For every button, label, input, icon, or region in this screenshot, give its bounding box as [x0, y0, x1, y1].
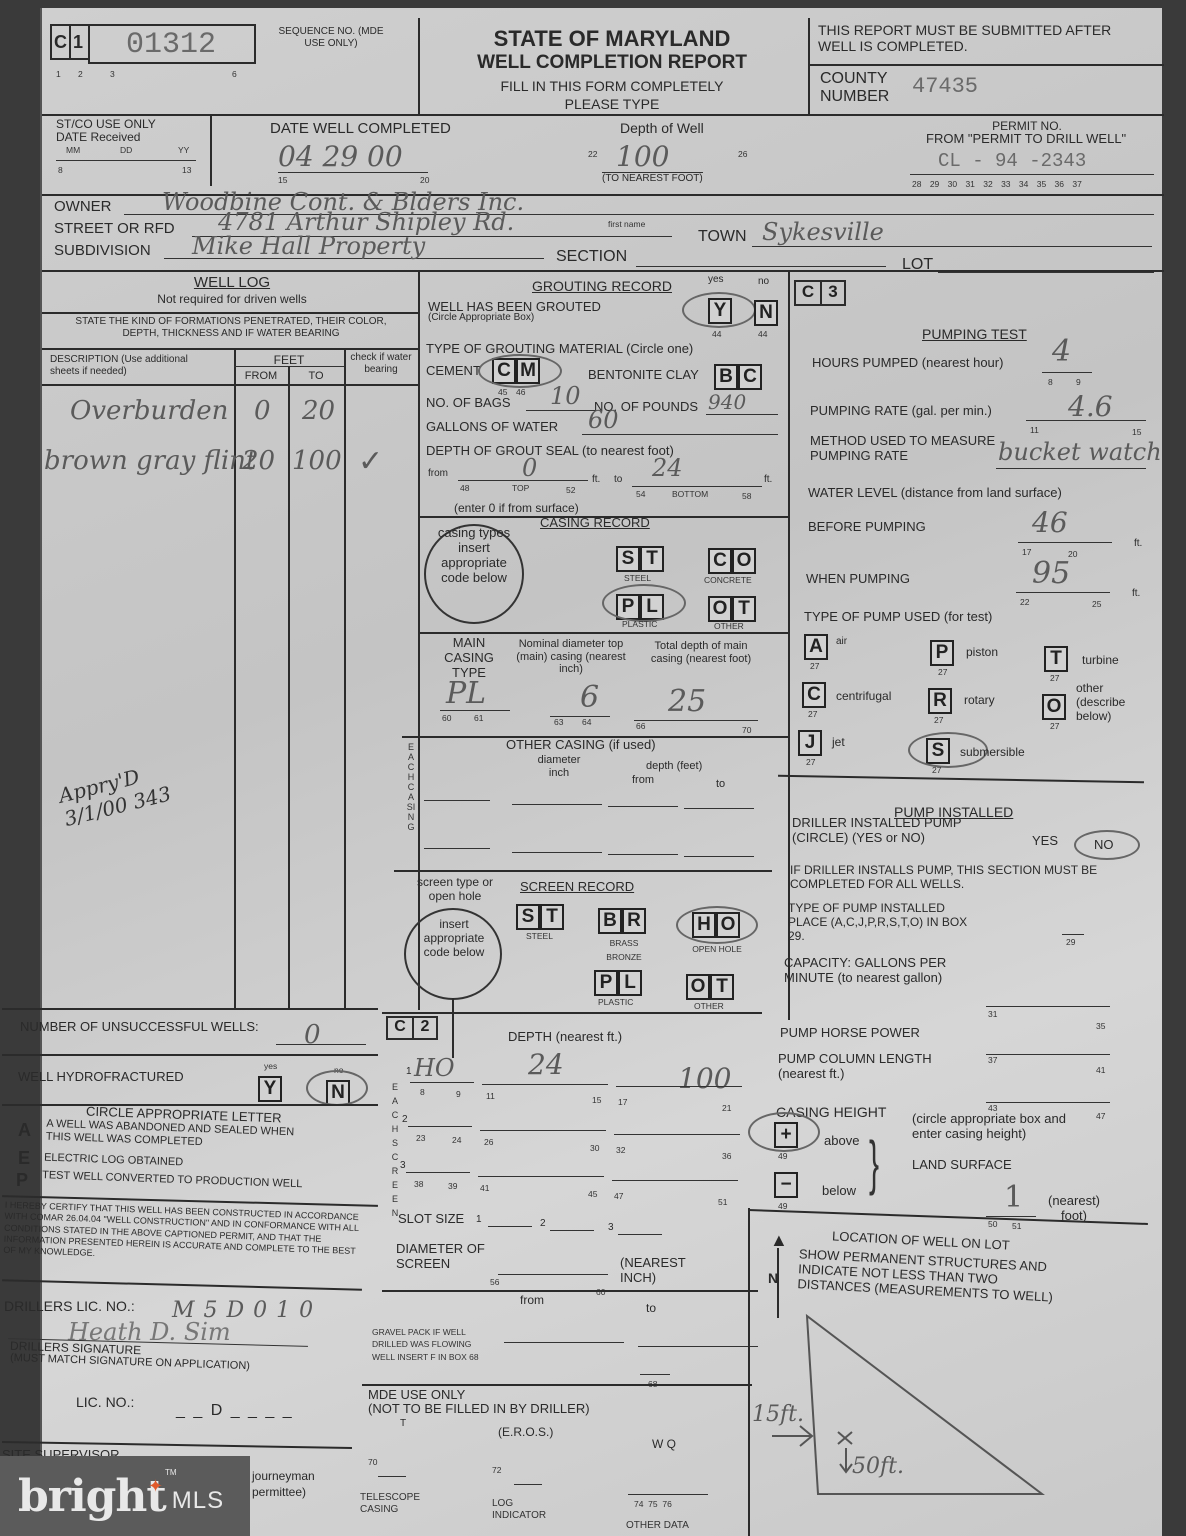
formation-to[interactable]: 100	[292, 446, 342, 476]
wq-label: W Q	[652, 1438, 676, 1452]
north-label: N	[768, 1270, 778, 1286]
permit-cols: 28 29 30 31 32 33 34 35 36 37	[912, 180, 1082, 190]
brass-bronze-label: BRASS BRONZE	[594, 936, 654, 965]
screen-other-label: OTHER	[694, 1002, 724, 1012]
ft-unit: ft.	[764, 474, 772, 486]
mde-t-label: T	[400, 1418, 406, 1430]
screen-code-l[interactable]: L	[618, 970, 642, 996]
col-13: 13	[182, 166, 191, 176]
location-instructions: SHOW PERMANENT STRUCTURES AND INDICATE N…	[797, 1247, 1059, 1305]
col: 39	[448, 1182, 457, 1192]
town-label: TOWN	[698, 228, 747, 246]
hydro-yes-box[interactable]: Y	[258, 1076, 282, 1102]
pump-code-t[interactable]: T	[1044, 646, 1068, 672]
pump-installed-no-circle	[1074, 830, 1140, 860]
subdivision-value[interactable]: Mike Hall Property	[192, 232, 425, 260]
card-code-box: C 1	[50, 24, 90, 60]
col-27: 27	[806, 758, 815, 768]
col-1: 1	[56, 70, 61, 80]
col: 47	[614, 1192, 623, 1202]
pump-type-label: TYPE OF PUMP USED (for test)	[804, 610, 992, 625]
top-label: TOP	[512, 484, 529, 494]
pump-code-c[interactable]: C	[802, 682, 826, 708]
pump-type-installed-label: TYPE OF PUMP INSTALLED PLACE (A,C,J,P,R,…	[788, 902, 978, 943]
col-15: 15	[1132, 428, 1141, 438]
bentonite-code-b[interactable]: B	[714, 364, 738, 390]
gravel-from-label: from	[520, 1294, 544, 1308]
to-column-header: TO	[288, 370, 344, 383]
formation-to[interactable]: 20	[302, 396, 335, 426]
casing-height-note: (circle appropriate box and enter casing…	[912, 1112, 1092, 1142]
col-51: 51	[1012, 1222, 1021, 1232]
casing-code-s[interactable]: S	[616, 546, 640, 572]
col: 9	[456, 1090, 461, 1100]
county-value: 47435	[912, 74, 978, 99]
col-9: 9	[1076, 378, 1081, 388]
logo-suffix: MLS	[172, 1487, 224, 1515]
col: 8	[420, 1088, 425, 1098]
col: 17	[618, 1098, 627, 1108]
pump-installed-yes[interactable]: YES	[1032, 834, 1058, 849]
pounds-value[interactable]: 940	[708, 390, 746, 414]
owner-label: OWNER	[54, 198, 112, 215]
logo-tm: TM	[165, 1468, 177, 1477]
sequence-label: SEQUENCE NO. (MDE USE ONLY)	[276, 26, 386, 49]
other-casing-title: OTHER CASING (if used)	[506, 738, 656, 753]
slot-1: 1	[476, 1214, 482, 1226]
sequence-value: 01312	[126, 28, 216, 62]
col-61: 61	[474, 714, 483, 724]
col-25: 25	[1092, 600, 1101, 610]
other-casing-diameter-label: diameter inch	[526, 754, 592, 779]
col-27: 27	[808, 710, 817, 720]
hours-pumped-value[interactable]: 4	[1052, 334, 1071, 369]
certification-text: I HEREBY CERTIFY THAT THIS WELL HAS BEEN…	[3, 1200, 365, 1269]
first-name-hint: first name	[608, 220, 645, 230]
pump-label-submersible: submersible	[960, 746, 1025, 760]
ft-unit: ft.	[1134, 538, 1142, 550]
distance-2: 50ft.	[852, 1454, 904, 1479]
pump-label-air: air	[836, 636, 847, 648]
screen-code-t[interactable]: T	[710, 974, 734, 1000]
pump-code-a[interactable]: A	[804, 634, 828, 660]
col-27: 27	[934, 716, 943, 726]
drillers-lic-label: DRILLERS LIC. NO.:	[4, 1298, 135, 1314]
card-code-1: 1	[69, 26, 85, 58]
col-27: 27	[932, 766, 941, 776]
screen-bubble-text: insert appropriate code below	[412, 918, 496, 959]
col-27: 27	[938, 668, 947, 678]
nominal-diameter-label: Nominal diameter top (main) casing (near…	[516, 638, 626, 676]
col-49: 49	[778, 1152, 787, 1162]
when-pumping-label: WHEN PUMPING	[806, 572, 910, 587]
well-completion-form: C 1 01312 1 2 3 6 SEQUENCE NO. (MDE USE …	[40, 8, 1162, 1536]
water-bearing-check[interactable]: ✓	[358, 444, 383, 479]
pump-code-o[interactable]: O	[1042, 694, 1066, 720]
letter-e[interactable]: E	[18, 1148, 30, 1169]
section-label: SECTION	[556, 248, 627, 266]
depth-of-well-value[interactable]: 100	[616, 140, 669, 173]
col: 26	[484, 1138, 493, 1148]
grouted-hint: (Circle Appropriate Box)	[428, 312, 534, 324]
pumping-test-title: PUMPING TEST	[922, 326, 1027, 342]
casing-bubble-text: casing types insert appropriate code bel…	[430, 526, 518, 586]
county-label: COUNTY NUMBER	[820, 70, 900, 107]
each-screen-label: EACH SCREEN	[390, 1080, 400, 1220]
submission-notice: THIS REPORT MUST BE SUBMITTED AFTER WELL…	[818, 22, 1138, 54]
screen-code-o[interactable]: O	[686, 974, 710, 1000]
grouting-material-label: TYPE OF GROUTING MATERIAL (Circle one)	[426, 342, 693, 357]
form-title: STATE OF MARYLAND	[422, 26, 802, 51]
col-20: 20	[420, 176, 429, 186]
north-arrow-icon: ▲	[770, 1230, 788, 1251]
formation-description[interactable]: brown gray flint	[44, 446, 256, 476]
col-54: 54	[636, 490, 645, 500]
col-47: 47	[1096, 1112, 1105, 1122]
slot-2: 2	[540, 1218, 546, 1230]
hydro-no-circle	[306, 1070, 368, 1106]
telescope-casing-label: TELESCOPE CASING	[360, 1492, 430, 1515]
col-35: 35	[1096, 1022, 1105, 1032]
col-3: 3	[110, 70, 115, 80]
col-63: 63	[554, 718, 563, 728]
no-header: no	[758, 276, 769, 288]
land-surface-label: LAND SURFACE	[912, 1158, 1012, 1173]
col-31: 31	[988, 1010, 997, 1020]
log-indicator-label: LOG INDICATOR	[492, 1498, 562, 1521]
grout-seal-label: DEPTH OF GROUT SEAL (to nearest foot)	[426, 444, 674, 459]
col-64: 64	[582, 718, 591, 728]
screen-row-number: 1	[406, 1066, 412, 1078]
casing-above-circle	[748, 1112, 820, 1152]
pumping-rate-value[interactable]: 4.6	[1068, 390, 1113, 423]
pump-label-centrifugal: centrifugal	[836, 690, 891, 704]
bright-mls-logo: bright ✦ TM MLS	[0, 1456, 250, 1536]
formation-from[interactable]: 0	[254, 396, 271, 426]
water-level-label: WATER LEVEL (distance from land surface)	[808, 486, 1062, 501]
pump-code-r[interactable]: R	[928, 688, 952, 714]
plastic-label: PLASTIC	[622, 620, 657, 630]
col: 36	[722, 1152, 731, 1162]
bentonite-label: BENTONITE CLAY	[588, 368, 699, 383]
well-log-instructions: STATE THE KIND OF FORMATIONS PENETRATED,…	[56, 316, 406, 339]
col-27: 27	[810, 662, 819, 672]
pump-label-other: other (describe below)	[1076, 682, 1136, 723]
unsuccessful-wells-label: NUMBER OF UNSUCCESSFUL WELLS:	[20, 1020, 259, 1035]
other-casing-depth-label: depth (feet)	[646, 760, 702, 773]
col: 30	[590, 1144, 599, 1154]
main-casing-type-label: MAIN CASING TYPE	[434, 636, 504, 681]
ft-unit: ft.	[1132, 588, 1140, 600]
col-60: 60	[442, 714, 451, 724]
col-17: 17	[1022, 548, 1031, 558]
description-column-header: DESCRIPTION (Use additional sheets if ne…	[50, 354, 220, 377]
card-code-c2: C 2	[386, 1016, 438, 1040]
letter-p[interactable]: P	[16, 1170, 28, 1191]
col-58: 58	[742, 492, 751, 502]
date-completed-value[interactable]: 04 29 00	[278, 140, 403, 173]
open-hole-label: OPEN HOLE	[692, 942, 742, 956]
permittee-label: permittee)	[252, 1486, 306, 1500]
col-44: 44	[712, 330, 721, 340]
pump-code-j[interactable]: J	[798, 730, 822, 756]
when-pumping-value[interactable]: 95	[1032, 556, 1070, 591]
nominal-diameter-value[interactable]: 6	[580, 680, 599, 715]
col: 21	[722, 1104, 731, 1114]
casing-code-t[interactable]: T	[732, 596, 756, 622]
other-data-label: OTHER DATA	[626, 1520, 689, 1532]
casing-height-value[interactable]: 1	[1004, 1180, 1023, 1215]
casing-record-title: CASING RECORD	[540, 516, 650, 531]
gallons-water-label: GALLONS OF WATER	[426, 420, 558, 435]
screen-code-p[interactable]: P	[594, 970, 618, 996]
col-46: 46	[516, 388, 525, 398]
grouted-yes-circle	[682, 292, 756, 328]
pumping-rate-label: PUMPING RATE (gal. per min.)	[810, 404, 992, 419]
other-data-cols: 74 75 76	[634, 1500, 672, 1510]
logo-star-icon: ✦	[148, 1476, 163, 1497]
slot-3: 3	[608, 1222, 614, 1234]
date-received-label: DATE Received	[56, 131, 140, 145]
col: 24	[452, 1136, 461, 1146]
bentonite-code-c[interactable]: C	[738, 364, 762, 390]
open-hole-selected-circle	[676, 906, 758, 944]
screen-diameter-note: (NEAREST INCH)	[620, 1256, 700, 1286]
other-label: OTHER	[714, 622, 744, 632]
depth-note: (TO NEAREST FOOT)	[602, 172, 703, 185]
grout-to-label: to	[614, 474, 622, 486]
yes-header: yes	[708, 274, 724, 286]
pump-label-rotary: rotary	[964, 694, 995, 708]
screen-type-label: screen type or open hole	[410, 876, 500, 904]
screen-code-r[interactable]: R	[622, 908, 646, 934]
col-22: 22	[588, 150, 597, 160]
water-bearing-column-header: check if water bearing	[346, 352, 416, 375]
col-72: 72	[492, 1466, 501, 1476]
approval-annotation: Appry'D 3/1/00 343	[56, 753, 194, 831]
above-label: above	[824, 1134, 859, 1149]
col-26: 26	[738, 150, 747, 160]
card-code-3: 3	[820, 282, 844, 304]
col-52: 52	[566, 486, 575, 496]
brace: }	[869, 1128, 879, 1197]
concrete-label: CONCRETE	[704, 576, 752, 586]
hours-pumped-label: HOURS PUMPED (nearest hour)	[812, 356, 1003, 371]
form-subtitle: WELL COMPLETION REPORT	[422, 52, 802, 74]
card-code-c: C	[388, 1018, 412, 1038]
screen-code-t[interactable]: T	[540, 904, 564, 930]
casing-code-t[interactable]: T	[640, 546, 664, 572]
capacity-label: CAPACITY: GALLONS PER MINUTE (to nearest…	[784, 956, 974, 986]
col: 41	[480, 1184, 489, 1194]
col-11: 11	[1030, 426, 1039, 436]
col-29: 29	[1066, 938, 1075, 948]
before-pumping-label: BEFORE PUMPING	[808, 520, 926, 535]
driller-installed-label: DRILLER INSTALLED PUMP (CIRCLE) (YES or …	[792, 816, 992, 846]
street-label: STREET OR RFD	[54, 220, 175, 237]
col: 51	[718, 1198, 727, 1208]
grout-from-label: from	[428, 468, 448, 480]
screen-type-value[interactable]: HO	[414, 1054, 455, 1082]
col-27: 27	[1050, 722, 1059, 732]
pump-installed-note: IF DRILLER INSTALLS PUMP, THIS SECTION M…	[790, 864, 1100, 892]
col-50: 50	[988, 1220, 997, 1230]
bags-value[interactable]: 10	[550, 382, 581, 410]
screen-code-s[interactable]: S	[516, 904, 540, 930]
well-log-subtitle: Not required for driven wells	[52, 293, 412, 307]
col-8: 8	[58, 166, 63, 176]
mde-use-subtitle: (NOT TO BE FILLED IN BY DRILLER)	[368, 1402, 590, 1417]
col: 38	[414, 1180, 423, 1190]
letter-p-text: TEST WELL CONVERTED TO PRODUCTION WELL	[42, 1169, 322, 1191]
screen-from-value[interactable]: 24	[528, 1048, 564, 1081]
distance-1: 15ft.	[752, 1402, 804, 1427]
dd-label: DD	[120, 146, 132, 156]
eros-label: (E.R.O.S.)	[498, 1426, 553, 1440]
grout-from-value[interactable]: 0	[522, 454, 537, 482]
ft-unit: ft.	[592, 474, 600, 486]
col-56: 56	[490, 1278, 499, 1288]
subdivision-label: SUBDIVISION	[54, 242, 151, 259]
grouted-no-box[interactable]: N	[754, 300, 778, 326]
plastic-selected-circle	[602, 584, 686, 622]
col-48: 48	[460, 484, 469, 494]
col: 11	[486, 1092, 495, 1102]
card-code-c3: C 3	[794, 280, 846, 306]
method-label: METHOD USED TO MEASURE PUMPING RATE	[810, 434, 1010, 464]
pump-label-turbine: turbine	[1082, 654, 1119, 668]
col: 45	[588, 1190, 597, 1200]
from-column-header: FROM	[234, 370, 288, 383]
slot-size-label: SLOT SIZE	[398, 1212, 464, 1227]
pump-code-p[interactable]: P	[930, 640, 954, 666]
casing-below-box[interactable]: −	[774, 1172, 798, 1198]
pump-column-length-label: PUMP COLUMN LENGTH (nearest ft.)	[778, 1052, 978, 1082]
total-depth-value[interactable]: 25	[668, 684, 706, 719]
formation-from[interactable]: 20	[242, 446, 275, 476]
col-41: 41	[1096, 1066, 1105, 1076]
date-completed-label: DATE WELL COMPLETED	[270, 120, 451, 137]
col-37: 37	[988, 1056, 997, 1066]
town-value[interactable]: Sykesville	[762, 218, 884, 246]
col: 15	[592, 1096, 601, 1106]
steel-label: STEEL	[624, 574, 651, 584]
col-44: 44	[758, 330, 767, 340]
formation-description[interactable]: Overburden	[70, 396, 228, 426]
horse-power-label: PUMP HORSE POWER	[780, 1026, 920, 1041]
col-70: 70	[742, 726, 751, 736]
screen-depth-label: DEPTH (nearest ft.)	[508, 1030, 622, 1045]
logo-brand: bright	[18, 1471, 166, 1522]
grout-to-value[interactable]: 24	[652, 454, 683, 482]
gallons-water-value[interactable]: 60	[588, 406, 619, 434]
col-22: 22	[1020, 598, 1029, 608]
unsuccessful-wells-value[interactable]: 0	[304, 1020, 321, 1050]
each-casing-label: EACH CASING	[406, 742, 416, 832]
col-6: 6	[232, 70, 237, 80]
pump-label-piston: piston	[966, 646, 998, 660]
journeyman-label: journeyman	[252, 1470, 315, 1484]
screen-row-number: 2	[402, 1114, 408, 1126]
method-value[interactable]: bucket watch	[998, 438, 1162, 466]
well-log-title: WELL LOG	[52, 274, 412, 291]
before-pumping-value[interactable]: 46	[1032, 506, 1068, 539]
casing-code-o[interactable]: O	[708, 596, 732, 622]
col: 32	[616, 1146, 625, 1156]
below-label: below	[822, 1184, 856, 1199]
screen-plastic-label: PLASTIC	[598, 998, 633, 1008]
card-code-2: 2	[412, 1018, 436, 1038]
bottom-label: BOTTOM	[672, 490, 708, 500]
col-8: 8	[1048, 378, 1053, 388]
casing-code-c[interactable]: C	[708, 548, 732, 574]
screen-code-b[interactable]: B	[598, 908, 622, 934]
main-casing-type-value[interactable]: PL	[446, 676, 486, 711]
screen-to-value[interactable]: 100	[678, 1062, 731, 1095]
col: 23	[416, 1134, 425, 1144]
letter-a[interactable]: A	[18, 1120, 31, 1141]
gravel-pack-label: GRAVEL PACK IF WELL DRILLED WAS FLOWING …	[372, 1326, 492, 1363]
yy-label: YY	[178, 146, 189, 156]
form-instruction-type: PLEASE TYPE	[422, 96, 802, 112]
screen-record-title: SCREEN RECORD	[520, 880, 634, 895]
other-casing-to-label: to	[716, 778, 725, 791]
hydro-yes-header: yes	[264, 1062, 277, 1072]
lic-no-value[interactable]: _ _ D _ _ _ _	[176, 1402, 294, 1420]
surface-note: (enter 0 if from surface)	[454, 502, 579, 516]
col-15: 15	[278, 176, 287, 186]
col-27: 27	[1050, 674, 1059, 684]
casing-code-o[interactable]: O	[732, 548, 756, 574]
gravel-to-label: to	[646, 1302, 656, 1316]
card-code-c: C	[796, 282, 820, 304]
col-66: 66	[636, 722, 645, 732]
depth-of-well-label: Depth of Well	[620, 120, 704, 136]
mm-label: MM	[66, 146, 80, 156]
total-depth-label: Total depth of main casing (nearest foot…	[646, 640, 756, 665]
bags-label: NO. OF BAGS	[426, 396, 511, 411]
screen-diameter-label: DIAMETER OF SCREEN	[396, 1242, 486, 1272]
screen-steel-label: STEEL	[526, 932, 553, 942]
col-2: 2	[78, 70, 83, 80]
screen-row-number: 3	[400, 1160, 406, 1172]
letter-e-text: ELECTRIC LOG OBTAINED	[44, 1152, 184, 1169]
cement-label: CEMENT	[426, 364, 481, 379]
form-instruction: FILL IN THIS FORM COMPLETELY	[422, 78, 802, 94]
permit-source-label: FROM "PERMIT TO DRILL WELL"	[926, 132, 1126, 147]
permit-value[interactable]: CL - 94 -2343	[938, 150, 1086, 172]
col-70: 70	[368, 1458, 377, 1468]
lic-no-label: LIC. NO.:	[76, 1394, 134, 1410]
card-code-c: C	[52, 26, 69, 58]
other-casing-from-label: from	[632, 774, 654, 787]
pump-label-jet: jet	[832, 736, 845, 750]
hydrofractured-label: WELL HYDROFRACTURED	[18, 1070, 184, 1085]
